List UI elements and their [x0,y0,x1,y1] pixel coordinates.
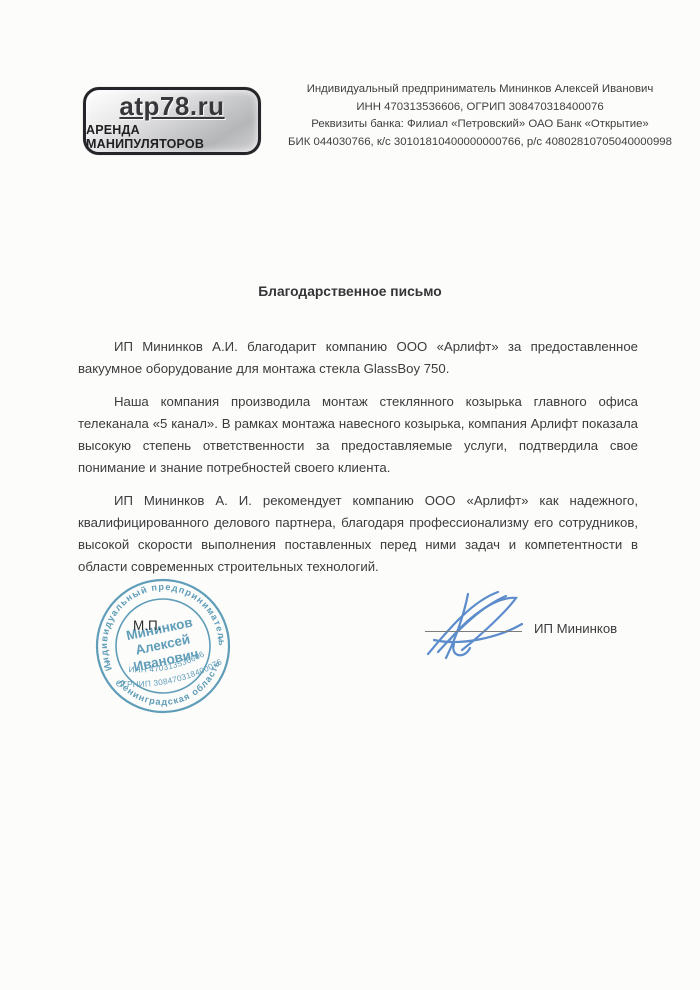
round-stamp: Индивидуальный предприниматель Ленинград… [73,556,253,736]
inn-ogrip-line: ИНН 470313536606, ОГРИП 308470318400076 [266,99,694,117]
bik-accounts-line: БИК 044030766, к/с 30101810400000000766,… [266,134,694,152]
company-name-line: Индивидуальный предприниматель Мининков … [266,81,694,99]
bank-requisites-line: Реквизиты банка: Филиал «Петровский» ОАО… [266,116,694,134]
signatory-name: ИП Мининков [534,621,617,636]
company-details: Индивидуальный предприниматель Мининков … [266,81,694,151]
letter-body: ИП Мининков А.И. благодарит компанию ООО… [78,336,638,589]
letter-title: Благодарственное письмо [0,284,700,299]
signature-line [425,631,522,632]
paragraph-project: Наша компания производила монтаж стеклян… [78,391,638,479]
letter-page: atp78.ru АРЕНДА МАНИПУЛЯТОРОВ Индивидуал… [0,0,700,990]
stamp-group: Индивидуальный предприниматель Ленинград… [85,568,242,725]
logo-site-text: atp78.ru [119,91,224,122]
seal-place-mark: М.П. [133,618,161,633]
paragraph-thanks: ИП Мининков А.И. благодарит компанию ООО… [78,336,638,380]
logo-tagline: АРЕНДА МАНИПУЛЯТОРОВ [86,123,258,151]
signature-scribble [420,586,530,666]
company-logo: atp78.ru АРЕНДА МАНИПУЛЯТОРОВ [83,87,261,155]
